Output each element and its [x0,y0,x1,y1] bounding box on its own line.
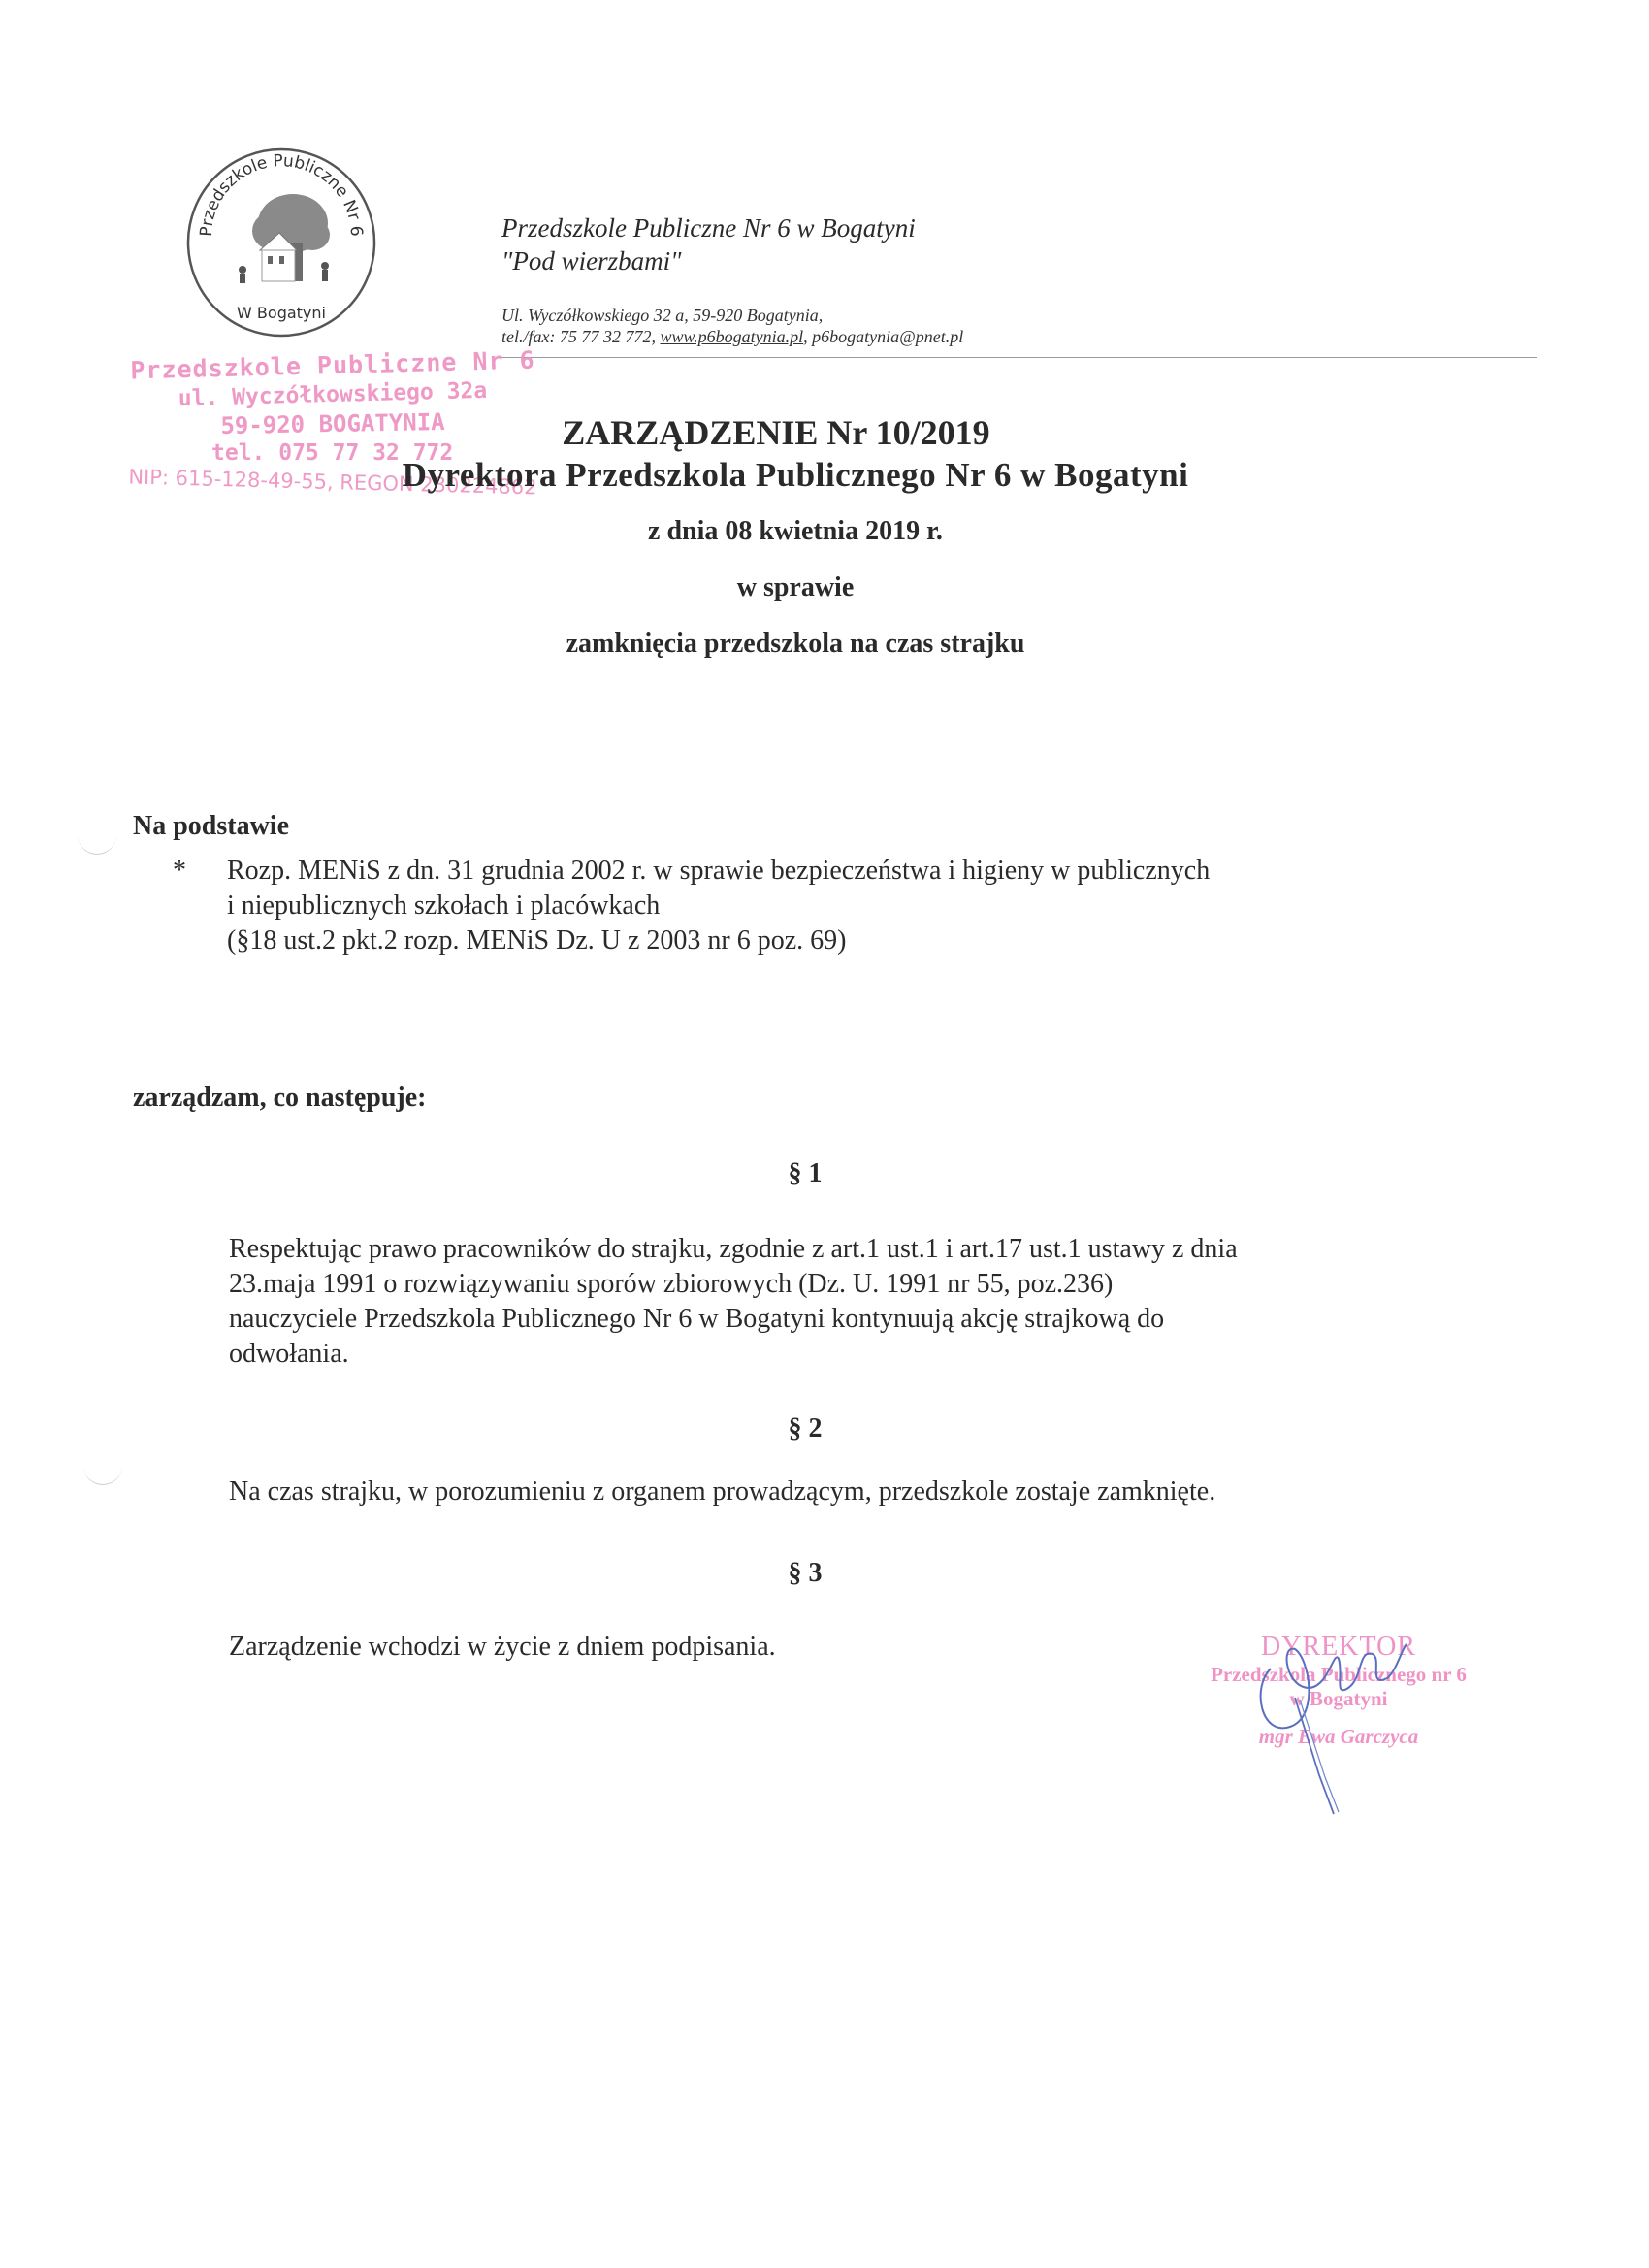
document-issuer: Dyrektora Przedszkola Publicznego Nr 6 w… [359,456,1232,495]
subject-intro: w sprawie [369,572,1222,603]
basis-line: (§18 ust.2 pkt.2 rozp. MENiS Dz. U z 200… [227,923,1449,958]
section-line: nauczyciele Przedszkola Publicznego Nr 6… [229,1302,1490,1337]
tree-house-icon [239,194,330,283]
bullet-asterisk: * [173,854,186,889]
kindergarten-name: Przedszkole Publiczne Nr 6 w Bogatyni [501,211,916,244]
section-1-text: Respektując prawo pracowników do strajku… [229,1232,1490,1372]
kindergarten-seal-logo: Przedszkole Publiczne Nr 6 W Bogatyni [184,146,378,340]
phone-text: tel./fax: 75 77 32 772, [501,327,660,346]
section-2-text: Na czas strajku, w porozumieniu z organe… [229,1474,1490,1509]
section-line: Na czas strajku, w porozumieniu z organe… [229,1474,1490,1509]
scan-punch-mark [83,1455,122,1485]
document-date: z dnia 08 kwietnia 2019 r. [369,516,1222,547]
section-line: Respektując prawo pracowników do strajku… [229,1232,1490,1267]
seal-bottom-text: W Bogatyni [237,304,326,322]
decree-intro: zarządzam, co następuje: [133,1083,426,1114]
email-text: , p6bogatynia@pnet.pl [803,327,963,346]
basis-line: i niepublicznych szkołach i placówkach [227,889,1449,923]
section-line: 23.maja 1991 o rozwiązywaniu sporów zbio… [229,1267,1490,1302]
section-3-label: § 3 [757,1558,854,1589]
address-line: Ul. Wyczółkowskiego 32 a, 59-920 Bogatyn… [501,305,963,326]
kindergarten-nickname: "Pod wierzbami" [501,244,916,277]
legal-basis-heading: Na podstawie [133,811,289,842]
section-2-label: § 2 [757,1413,854,1444]
section-1-label: § 1 [757,1158,854,1189]
contact-line: tel./fax: 75 77 32 772, www.p6bogatynia.… [501,326,963,347]
document-title: ZARZĄDZENIE Nr 10/2019 [349,412,1203,453]
basis-line: Rozp. MENiS z dn. 31 grudnia 2002 r. w s… [227,854,1449,889]
website-link[interactable]: www.p6bogatynia.pl [660,327,803,346]
letterhead-divider [500,357,1537,358]
document-subject: zamknięcia przedszkola na czas strajku [369,629,1222,660]
letterhead-address: Ul. Wyczółkowskiego 32 a, 59-920 Bogatyn… [501,305,963,347]
handwritten-signature-icon [1242,1630,1416,1824]
scan-punch-mark [78,825,116,855]
section-line: odwołania. [229,1337,1490,1372]
letterhead-name: Przedszkole Publiczne Nr 6 w Bogatyni "P… [501,211,916,277]
